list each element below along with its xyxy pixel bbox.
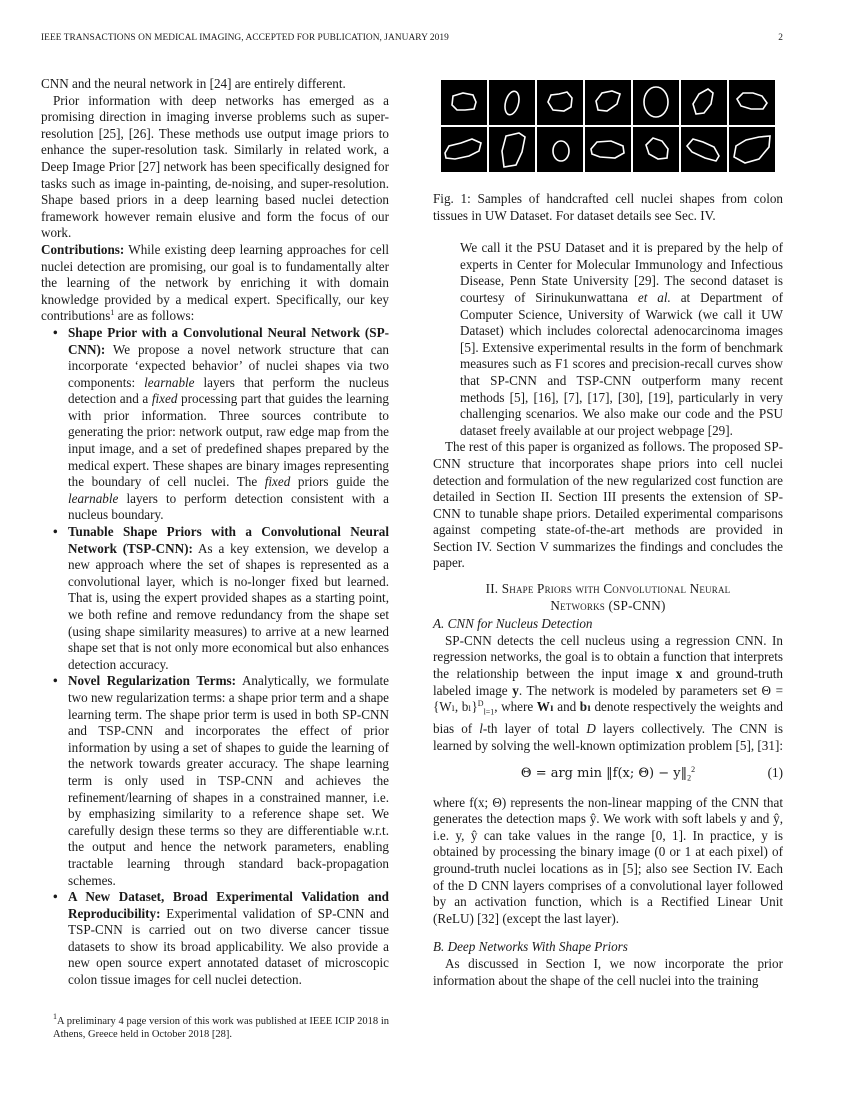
right-column: Fig. 1: Samples of handcrafted cell nucl… xyxy=(433,76,783,989)
page-number: 2 xyxy=(778,33,783,43)
nucleus-shape-tile xyxy=(585,80,631,125)
list-item: • Shape Prior with a Convolutional Neura… xyxy=(41,325,389,524)
nucleus-shape-tile xyxy=(489,127,535,172)
nucleus-shape-tile xyxy=(633,80,679,125)
list-item: • Novel Regularization Terms: Analytical… xyxy=(41,673,389,889)
bullet-icon: • xyxy=(53,673,58,690)
section-heading: II. Shape Priors with Convolutional Neur… xyxy=(433,581,783,614)
footnote: 1A preliminary 4 page version of this wo… xyxy=(41,1015,389,1041)
contribution-continuation: We call it the PSU Dataset and it is pre… xyxy=(433,240,783,439)
list-item: • A New Dataset, Broad Experimental Vali… xyxy=(41,889,389,989)
equation-1: Θ = arg min ‖f(x; Θ) − y‖22 (1) xyxy=(433,765,783,785)
nucleus-outline-icon xyxy=(633,80,679,125)
figure-caption: Fig. 1: Samples of handcrafted cell nucl… xyxy=(433,191,783,224)
nucleus-outline-icon xyxy=(537,127,583,172)
nucleus-outline-icon xyxy=(441,127,487,172)
subsection-heading-a: A. CNN for Nucleus Detection xyxy=(433,616,783,633)
item-title: Novel Regularization Terms: xyxy=(68,673,236,688)
contributions-label: Contributions: xyxy=(41,242,124,257)
equation-body: Θ = arg min ‖f(x; Θ) − y‖ xyxy=(521,766,687,781)
paragraph-organization: The rest of this paper is organized as f… xyxy=(433,439,783,572)
contributions-list: • Shape Prior with a Convolutional Neura… xyxy=(41,325,389,989)
subsection-heading-b: B. Deep Networks With Shape Priors xyxy=(433,939,783,956)
equation-number: (1) xyxy=(768,765,783,782)
footnote-text: A preliminary 4 page version of this wor… xyxy=(53,1016,389,1040)
nucleus-outline-icon xyxy=(489,80,535,125)
nucleus-outline-icon xyxy=(537,80,583,125)
nucleus-outline-icon xyxy=(729,127,775,172)
paragraph-continuation: CNN and the neural network in [24] are e… xyxy=(41,76,389,93)
nucleus-shape-tile xyxy=(537,80,583,125)
paragraph-shape-priors: As discussed in Section I, we now incorp… xyxy=(433,956,783,989)
figure-nuclei-shapes xyxy=(441,80,775,175)
nucleus-shape-tile xyxy=(441,127,487,172)
nucleus-shape-tile xyxy=(729,127,775,172)
nucleus-shape-tile xyxy=(681,80,727,125)
nucleus-outline-icon xyxy=(585,80,631,125)
nucleus-shape-tile xyxy=(585,127,631,172)
nucleus-outline-icon xyxy=(729,80,775,125)
nucleus-shape-tile xyxy=(441,80,487,125)
paragraph-contributions: Contributions: While existing deep learn… xyxy=(41,242,389,325)
bullet-icon: • xyxy=(53,325,58,342)
nucleus-shape-tile xyxy=(537,127,583,172)
paragraph-prior-information: Prior information with deep networks has… xyxy=(41,93,389,242)
paragraph-soft-labels: where f(x; Θ) represents the non-linear … xyxy=(433,795,783,928)
list-item: • Tunable Shape Priors with a Convolutio… xyxy=(41,524,389,673)
bullet-icon: • xyxy=(53,524,58,541)
nucleus-outline-icon xyxy=(441,80,487,125)
nucleus-outline-icon xyxy=(681,127,727,172)
left-column: CNN and the neural network in [24] are e… xyxy=(41,76,389,989)
nucleus-shape-tile xyxy=(633,127,679,172)
bullet-icon: • xyxy=(53,889,58,906)
nucleus-outline-icon xyxy=(633,127,679,172)
nucleus-shape-tile xyxy=(681,127,727,172)
nucleus-shape-tile xyxy=(489,80,535,125)
journal-title: IEEE TRANSACTIONS ON MEDICAL IMAGING, AC… xyxy=(41,33,449,43)
nucleus-outline-icon xyxy=(489,127,535,172)
running-header: IEEE TRANSACTIONS ON MEDICAL IMAGING, AC… xyxy=(41,33,783,43)
nucleus-shape-tile xyxy=(729,80,775,125)
paragraph-cnn-detection: SP-CNN detects the cell nucleus using a … xyxy=(433,633,783,755)
nucleus-outline-icon xyxy=(585,127,631,172)
nucleus-outline-icon xyxy=(681,80,727,125)
